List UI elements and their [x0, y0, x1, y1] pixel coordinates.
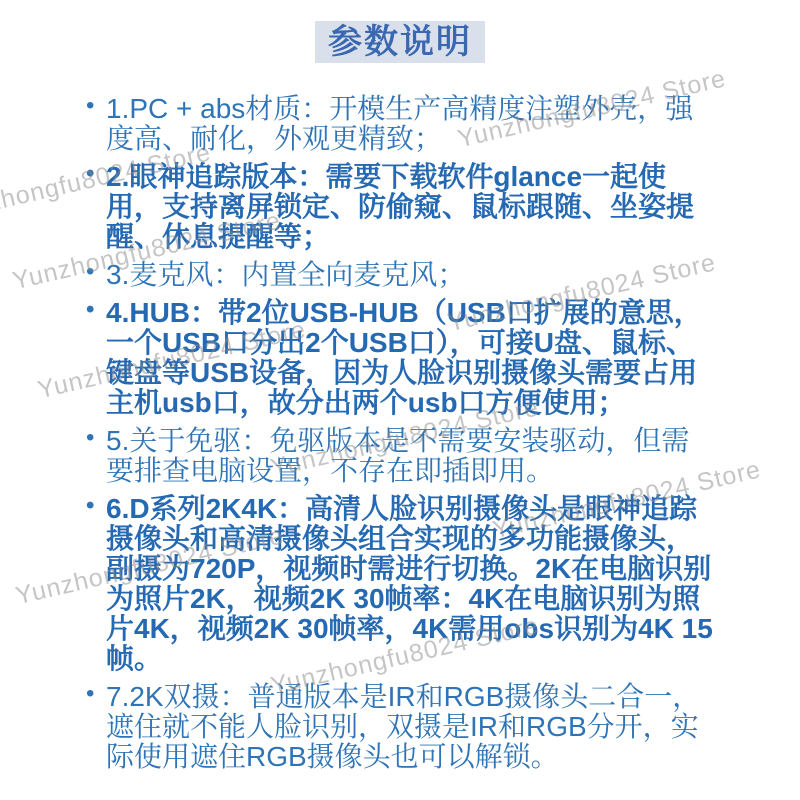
- bullet-icon: •: [86, 679, 94, 709]
- bullet-icon: •: [86, 295, 94, 325]
- spec-item: • 7.2K双摄：普通版本是IR和RGB摄像头二合一，遮住就不能人脸识别，双摄是…: [85, 682, 717, 772]
- spec-item-text: 2.眼神追踪版本：需要下载软件glance一起使用，支持离屏锁定、防偷窥、鼠标跟…: [106, 161, 694, 252]
- spec-item: • 3.麦克风：内置全向麦克风；: [85, 260, 717, 290]
- spec-list: • 1.PC + abs材质：开模生产高精度注塑外壳，强度高、耐化，外观更精致；…: [85, 94, 717, 780]
- page-title: 参数说明: [315, 21, 485, 63]
- bullet-icon: •: [86, 91, 94, 121]
- bullet-icon: •: [86, 159, 94, 189]
- spec-item: • 5.关于免驱：免驱版本是不需要安装驱动，但需要排查电脑设置，不存在即插即用。: [85, 426, 717, 486]
- spec-item-text: 5.关于免驱：免驱版本是不需要安装驱动，但需要排查电脑设置，不存在即插即用。: [106, 425, 689, 486]
- spec-item-text: 6.D系列2K4K：高清人脸识别摄像头是眼神追踪摄像头和高清摄像头组合实现的多功…: [106, 493, 713, 674]
- spec-item: • 6.D系列2K4K：高清人脸识别摄像头是眼神追踪摄像头和高清摄像头组合实现的…: [85, 494, 717, 674]
- spec-item-text: 3.麦克风：内置全向麦克风；: [106, 259, 465, 290]
- spec-item: • 4.HUB：带2位USB-HUB（USB口扩展的意思，一个USB口分出2个U…: [85, 298, 717, 418]
- product-description-page: 参数说明 • 1.PC + abs材质：开模生产高精度注塑外壳，强度高、耐化，外…: [0, 0, 800, 800]
- spec-item: • 1.PC + abs材质：开模生产高精度注塑外壳，强度高、耐化，外观更精致；: [85, 94, 717, 154]
- bullet-icon: •: [86, 257, 94, 287]
- spec-item: • 2.眼神追踪版本：需要下载软件glance一起使用，支持离屏锁定、防偷窥、鼠…: [85, 162, 717, 252]
- spec-item-text: 4.HUB：带2位USB-HUB（USB口扩展的意思，一个USB口分出2个USB…: [106, 297, 702, 418]
- bullet-icon: •: [86, 491, 94, 521]
- bullet-icon: •: [86, 423, 94, 453]
- spec-item-text: 1.PC + abs材质：开模生产高精度注塑外壳，强度高、耐化，外观更精致；: [106, 93, 693, 154]
- spec-item-text: 7.2K双摄：普通版本是IR和RGB摄像头二合一，遮住就不能人脸识别，双摄是IR…: [106, 681, 700, 772]
